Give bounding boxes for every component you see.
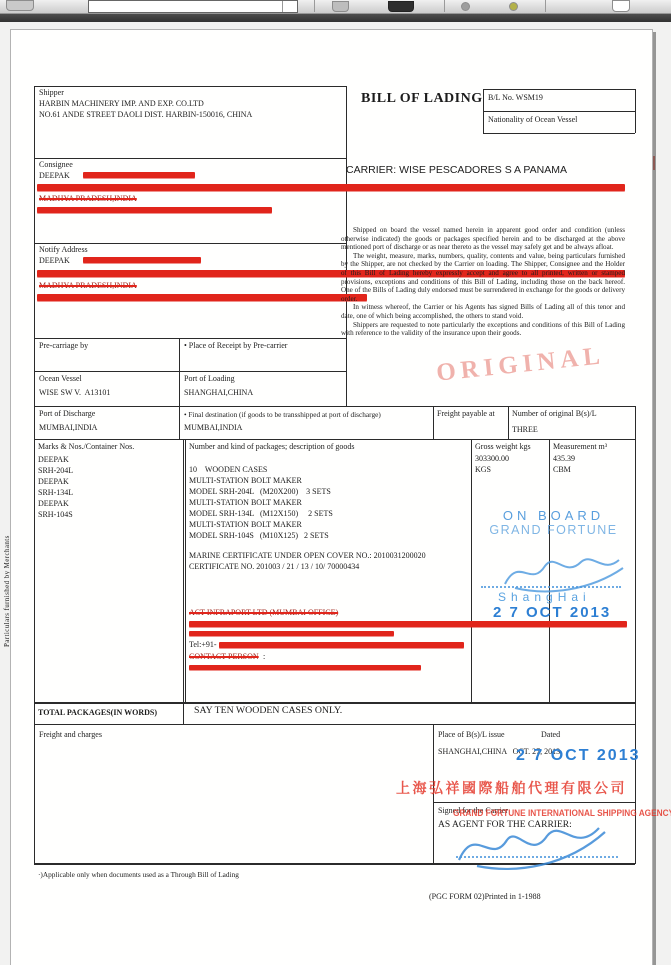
carrier-signature-icon xyxy=(441,820,611,872)
border-line xyxy=(183,439,184,724)
final-dest-label: • Final destination (if goods to be tran… xyxy=(184,410,381,420)
redacted-text-bar xyxy=(83,172,195,178)
bl-number: B/L No. WSM19 xyxy=(488,93,543,103)
stamp-date: 2 7 OCT 2013 xyxy=(493,608,611,618)
freight-charges-label: Freight and charges xyxy=(39,730,102,740)
page-title: BILL OF LADING xyxy=(361,94,483,104)
marine-cert-line1: MARINE CERTIFICATE UNDER OPEN COVER NO.:… xyxy=(189,551,426,561)
final-dest-value: MUMBAI,INDIA xyxy=(184,423,242,433)
notify-label: Notify Address xyxy=(39,245,88,255)
border-line xyxy=(34,702,635,704)
border-line xyxy=(34,86,347,87)
toolbar-separator xyxy=(314,0,315,12)
border-line xyxy=(483,111,635,112)
redacted-text-bar xyxy=(189,631,394,636)
port-discharge-label: Port of Discharge xyxy=(39,409,95,419)
list-item: MULTI-STATION BOLT MAKER xyxy=(189,497,333,508)
dated-label: Dated xyxy=(541,730,560,740)
partial-button[interactable] xyxy=(6,0,34,11)
viewer-toolbar xyxy=(0,0,671,14)
place-receipt-label: • Place of Receipt by Pre-carrier xyxy=(184,341,287,351)
redacted-text-bar xyxy=(219,642,464,648)
address-input[interactable] xyxy=(88,0,298,13)
nationality-label: Nationality of Ocean Vessel xyxy=(488,115,577,125)
bottom-date-stamp: 2 7 OCT 2013 xyxy=(516,751,641,761)
marks-list: DEEPAKSRH-204LDEEPAKSRH-134LDEEPAKSRH-10… xyxy=(38,454,73,520)
terms-p4: Shippers are requested to note particula… xyxy=(341,321,625,338)
border-line xyxy=(635,406,636,864)
stamp-dotted-line xyxy=(481,586,621,588)
border-line xyxy=(34,371,347,372)
measurement-unit: CBM xyxy=(553,465,571,475)
num-bl-label: Number of original B(s)/L xyxy=(512,409,597,419)
port-discharge-value: MUMBAI,INDIA xyxy=(39,423,97,433)
list-item: DEEPAK xyxy=(38,498,73,509)
ink-tool-icon[interactable] xyxy=(388,1,414,12)
port-loading-value: SHANGHAI,CHINA xyxy=(184,388,253,398)
contact-colon: : xyxy=(263,652,265,662)
redacted-text-bar xyxy=(83,257,201,263)
consignee-name: DEEPAK xyxy=(39,171,70,181)
terms-p2: The weight, measure, marks, numbers, qua… xyxy=(341,252,625,304)
highlight-dot-icon[interactable] xyxy=(509,2,518,11)
pre-carriage-label: Pre-carriage by xyxy=(39,341,88,351)
border-line xyxy=(483,133,635,134)
dot-icon[interactable] xyxy=(461,2,470,11)
total-packages-value: SAY TEN WOODEN CASES ONLY. xyxy=(194,706,342,716)
gross-header: Gross weight kgs xyxy=(475,442,531,452)
list-item: SRH-104S xyxy=(38,509,73,520)
toolbar-divider-bar xyxy=(0,14,671,22)
agency-stamp-en: GRAND FORTUNE INTERNATIONAL SHIPPING AGE… xyxy=(453,808,671,818)
shipper-line1: HARBIN MACHINERY IMP. AND EXP. CO.LTD xyxy=(39,99,204,109)
gross-weight-unit: KGS xyxy=(475,465,491,475)
border-line xyxy=(635,89,636,133)
on-board-line1: ON BOARD xyxy=(466,508,641,523)
stamp-city: ShangHai xyxy=(498,592,591,602)
toolbar-separator xyxy=(545,0,546,12)
measurement-value: 435.39 xyxy=(553,454,575,464)
terms-paragraphs: Shipped on board the vessel named herein… xyxy=(341,226,625,338)
border-line xyxy=(179,338,180,439)
shipper-line2: NO.61 ANDE STREET DAOLI DIST. HARBIN-150… xyxy=(39,110,252,120)
form-ref: (PGC FORM 02)Printed in 1-1988 xyxy=(429,892,541,902)
list-item: DEEPAK xyxy=(38,454,73,465)
list-item: SRH-204L xyxy=(38,465,73,476)
gross-weight-value: 303300.00 xyxy=(475,454,509,464)
redacted-text-bar xyxy=(189,621,627,627)
signature-dotted-line xyxy=(456,856,618,858)
redacted-text-bar xyxy=(37,207,272,213)
agency-stamp-cn: 上海弘祥國際船舶代理有限公司 xyxy=(396,784,627,794)
meas-header: Measurement m³ xyxy=(553,442,607,452)
tel-prefix: Tel:+91- xyxy=(189,640,217,650)
list-item: MODEL SRH-204L (M20X200) 3 SETS xyxy=(189,486,333,497)
border-line xyxy=(483,89,635,90)
desc-header: Number and kind of packages; description… xyxy=(189,442,355,452)
border-line xyxy=(34,406,635,407)
on-board-stamp: ON BOARD GRAND FORTUNE xyxy=(466,508,641,537)
carrier-line: CARRIER: WISE PESCADORES S A PANAMA xyxy=(346,165,567,175)
redacted-text-bar xyxy=(37,184,625,191)
border-line xyxy=(471,439,472,702)
bill-of-lading-page: Shipper HARBIN MACHINERY IMP. AND EXP. C… xyxy=(10,29,653,965)
border-line xyxy=(34,338,347,339)
list-item: 10 WOODEN CASES xyxy=(189,464,333,475)
toolbar-separator xyxy=(444,0,445,12)
consignee-label: Consignee xyxy=(39,160,73,170)
footnote: ·)Applicable only when documents used as… xyxy=(38,870,239,880)
grid-icon[interactable] xyxy=(332,1,349,12)
redacted-text-bar xyxy=(189,665,421,670)
consignee-region: MADHYA PRADESH,INDIA xyxy=(39,194,137,204)
total-packages-label: TOTAL PACKAGES(IN WORDS) xyxy=(38,708,157,718)
list-item: MODEL SRH-134L (M12X150) 2 SETS xyxy=(189,508,333,519)
description-list: 10 WOODEN CASESMULTI-STATION BOLT MAKERM… xyxy=(189,464,333,541)
original-stamp: ORIGINAL xyxy=(436,351,605,379)
border-line xyxy=(34,724,635,725)
border-line xyxy=(34,158,347,159)
marine-cert-line2: CERTIFICATE NO. 201003 / 21 / 13 / 10/ 7… xyxy=(189,562,359,572)
border-line xyxy=(508,406,509,439)
list-item: SRH-134L xyxy=(38,487,73,498)
terms-p1: Shipped on board the vessel named herein… xyxy=(341,226,625,252)
num-bl-value: THREE xyxy=(512,425,538,435)
ocean-vessel-label: Ocean Vessel xyxy=(39,374,82,384)
marks-header: Marks & Nos./Container Nos. xyxy=(38,442,134,452)
border-line xyxy=(433,802,635,803)
agent-company-redacted: ACT INFRAPORT LTD (MUMBAI OFFICE) xyxy=(189,608,338,618)
shipper-label: Shipper xyxy=(39,88,64,98)
border-line xyxy=(483,89,484,133)
border-line xyxy=(34,439,635,440)
contact-person-redacted: CONTACT PERSON xyxy=(189,652,259,662)
redacted-text-bar xyxy=(37,294,367,301)
stamp-signature-icon xyxy=(491,548,631,596)
list-item: MODEL SRH-104S (M10X125) 2 SETS xyxy=(189,530,333,541)
list-item: MULTI-STATION BOLT MAKER xyxy=(189,519,333,530)
notify-region: MADHYA PRADESH,INDIA xyxy=(39,281,137,291)
border-line xyxy=(34,86,35,864)
notify-name: DEEPAK xyxy=(39,256,70,266)
place-issue-label: Place of B(s)/L issue xyxy=(438,730,505,740)
list-item: DEEPAK xyxy=(38,476,73,487)
border-line xyxy=(185,439,186,702)
page-icon[interactable] xyxy=(612,0,630,12)
ocean-vessel-value: WISE SW V. A13101 xyxy=(39,388,110,398)
port-loading-label: Port of Loading xyxy=(184,374,235,384)
document-viewer: Particulars furnished by Merchants xyxy=(0,0,671,965)
terms-p3: In witness whereof, the Carrier or his A… xyxy=(341,303,625,320)
list-item: MULTI-STATION BOLT MAKER xyxy=(189,475,333,486)
border-line xyxy=(34,243,347,244)
border-line xyxy=(433,406,434,439)
freight-payable-label: Freight payable at xyxy=(437,409,495,419)
on-board-line2: GRAND FORTUNE xyxy=(466,523,641,537)
